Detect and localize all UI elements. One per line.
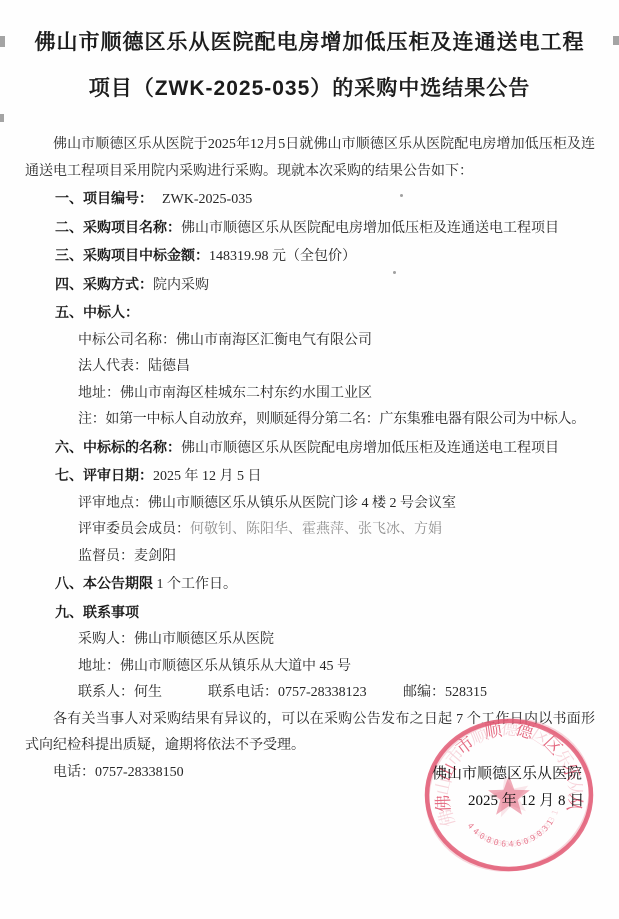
field-label: 法人代表：: [78, 359, 148, 374]
field-value: 0757-28338150: [95, 765, 184, 780]
item-notice-period: 八、本公告期限 1 个工作日。: [25, 570, 595, 599]
field-value: 佛山市南海区汇衡电气有限公司: [176, 333, 372, 348]
item-value: 2025 年 12 月 5 日: [153, 469, 262, 484]
scan-edge-artifact: [0, 36, 5, 47]
item-label: 七、评审日期：: [55, 467, 153, 483]
field-label: 邮编：: [403, 685, 445, 700]
item-value: 佛山市顺德区乐从医院配电房增加低压柜及连通送电工程项目: [181, 221, 559, 236]
item-label: 一、项目编号：: [55, 190, 153, 206]
item-value: ZWK-2025-035: [162, 192, 252, 207]
winner-legal-line: 法人代表：陆德昌: [25, 354, 595, 381]
scan-edge-artifact: [613, 36, 619, 45]
field-value: 麦剑阳: [134, 549, 176, 564]
item-review-date: 七、评审日期：2025 年 12 月 5 日: [25, 462, 595, 491]
field-label: 电话：: [53, 765, 95, 780]
field-value: 528315: [445, 685, 487, 700]
document-body: 佛山市顺德区乐从医院于2025年12月5日就佛山市顺德区乐从医院配电房增加低压柜…: [25, 132, 595, 786]
field-label: 采购人：: [78, 632, 134, 647]
item-label: 八、本公告期限: [55, 575, 153, 591]
field-label: 评审地点：: [78, 496, 148, 511]
field-label: 评审委员会成员：: [78, 522, 190, 537]
field-label: 地址：: [78, 386, 120, 401]
item-label: 四、采购方式：: [55, 276, 153, 292]
item-procurement-method: 四、采购方式：院内采购: [25, 271, 595, 300]
field-label: 注：: [78, 412, 105, 427]
field-label: 地址：: [78, 659, 120, 674]
intro-paragraph: 佛山市顺德区乐从医院于2025年12月5日就佛山市顺德区乐从医院配电房增加低压柜…: [25, 132, 595, 185]
item-label: 二、采购项目名称：: [55, 219, 181, 235]
field-label: 联系电话：: [208, 685, 278, 700]
committee-members: 何敬钊、陈阳华、霍燕萍、张飞冰、方娟: [190, 522, 442, 537]
winner-address-line: 地址：佛山市南海区桂城东二村东约水围工业区: [25, 381, 595, 408]
item-label: 三、采购项目中标金额：: [55, 247, 209, 263]
item-project-number: 一、项目编号：ZWK-2025-035: [25, 185, 595, 214]
signature-org: 佛山市顺德区乐从医院: [432, 761, 584, 788]
contact-address-line: 地址：佛山市顺德区乐从镇乐从大道中 45 号: [25, 654, 595, 681]
signature-block: 佛山市顺德区乐从医院 2025 年 12 月 8 日: [432, 761, 584, 815]
contact-buyer-line: 采购人：佛山市顺德区乐从医院: [25, 627, 595, 654]
winner-note-line: 注：如第一中标人自动放弃，则顺延得分第二名：广东集雅电器有限公司为中标人。: [25, 407, 595, 434]
item-label: 六、中标标的名称：: [55, 439, 181, 455]
review-committee-line: 评审委员会成员：何敬钊、陈阳华、霍燕萍、张飞冰、方娟: [25, 517, 595, 544]
scan-artifact-dot: [400, 194, 403, 197]
item-value: 148319.98 元（全包价）: [209, 249, 356, 264]
review-place-line: 评审地点：佛山市顺德区乐从镇乐从医院门诊 4 楼 2 号会议室: [25, 491, 595, 518]
contact-person: 联系人：何生: [78, 680, 208, 707]
item-label: 九、联系事项: [55, 604, 139, 620]
document-page: 佛山市顺德区乐从医院配电房增加低压柜及连通送电工程 项目（ZWK-2025-03…: [0, 0, 619, 919]
scan-edge-artifact: [0, 114, 4, 122]
item-award-subject: 六、中标标的名称：佛山市顺德区乐从医院配电房增加低压柜及连通送电工程项目: [25, 434, 595, 463]
item-value: 院内采购: [153, 278, 209, 293]
winner-company-line: 中标公司名称：佛山市南海区汇衡电气有限公司: [25, 328, 595, 355]
field-value: 佛山市顺德区乐从镇乐从医院门诊 4 楼 2 号会议室: [148, 496, 456, 511]
field-label: 联系人：: [78, 685, 134, 700]
field-value: 佛山市顺德区乐从医院: [134, 632, 274, 647]
item-label: 五、中标人：: [55, 304, 139, 320]
item-value: 1 个工作日。: [157, 577, 238, 592]
field-value: 如第一中标人自动放弃，则顺延得分第二名：广东集雅电器有限公司为中标人。: [105, 412, 585, 427]
field-value: 佛山市顺德区乐从镇乐从大道中 45 号: [120, 659, 351, 674]
signature-date: 2025 年 12 月 8 日: [432, 788, 584, 815]
field-value: 0757-28338123: [278, 685, 367, 700]
field-label: 监督员：: [78, 549, 134, 564]
field-value: 何生: [134, 685, 162, 700]
field-value: 陆德昌: [148, 359, 190, 374]
title-line-1: 佛山市顺德区乐从医院配电房增加低压柜及连通送电工程: [24, 20, 595, 66]
item-project-name: 二、采购项目名称：佛山市顺德区乐从医院配电房增加低压柜及连通送电工程项目: [25, 214, 595, 243]
document-title: 佛山市顺德区乐从医院配电房增加低压柜及连通送电工程 项目（ZWK-2025-03…: [24, 20, 595, 112]
title-line-2: 项目（ZWK-2025-035）的采购中选结果公告: [24, 66, 595, 112]
field-label: 中标公司名称：: [78, 333, 176, 348]
field-value: 佛山市南海区桂城东二村东约水围工业区: [120, 386, 372, 401]
scan-artifact-dot: [393, 271, 396, 274]
item-award-amount: 三、采购项目中标金额：148319.98 元（全包价）: [25, 242, 595, 271]
contact-phone: 联系电话：0757-28338123: [208, 680, 403, 707]
item-value: 佛山市顺德区乐从医院配电房增加低压柜及连通送电工程项目: [181, 441, 559, 456]
review-supervisor-line: 监督员：麦剑阳: [25, 544, 595, 571]
item-contact-heading: 九、联系事项: [25, 599, 595, 628]
item-winner-heading: 五、中标人：: [25, 299, 595, 328]
